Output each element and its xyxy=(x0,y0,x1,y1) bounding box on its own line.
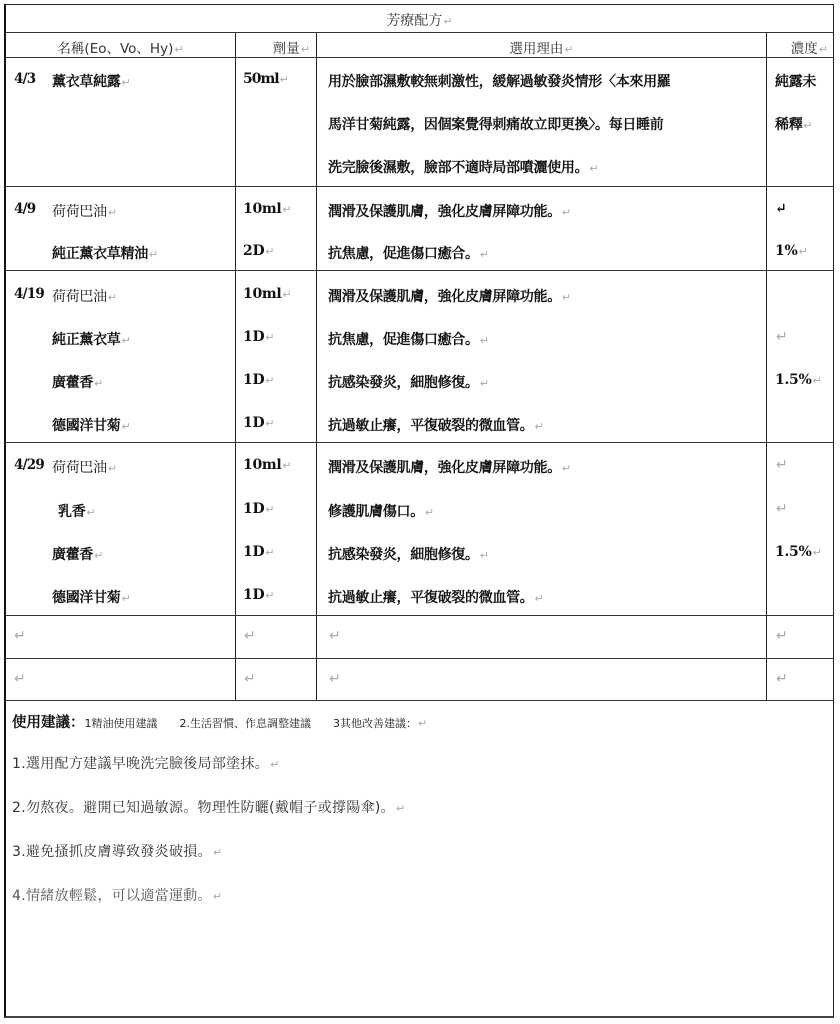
table-header-row: 名稱(Eo、Vo、Hy)↵ 劑量↵ 選用理由↵ 濃度↵ xyxy=(6,33,833,58)
ingredient-name: 純正薰衣草↵ xyxy=(52,329,130,349)
name-cell: 4/9 荷荷巴油↵ 純正薰衣草精油↵ xyxy=(6,187,235,270)
ingredient-name: 薰衣草純露↵ xyxy=(52,71,130,91)
table-row: 4/19 荷荷巴油↵ 純正薰衣草↵ 廣藿香↵ 德國洋甘菊↵ 10ml↵ 1D↵ … xyxy=(6,271,833,443)
paragraph-mark-icon: ↵ xyxy=(564,43,573,56)
dose-value: 50ml↵ xyxy=(243,71,288,87)
dose-cell: 10ml↵ 1D↵ 1D↵ 1D↵ xyxy=(236,443,316,615)
reason-text: 洗完臉後濕敷，臉部不適時局部噴灑使用。↵ xyxy=(328,157,598,177)
dose-cell: 50ml↵ xyxy=(236,58,316,186)
paragraph-mark-icon: ↵ xyxy=(776,628,787,644)
date-label: 4/29 xyxy=(14,457,44,473)
ingredient-name: 廣藿香↵ xyxy=(52,544,103,564)
concentration-cell: ↵ 1%↵ xyxy=(767,187,834,270)
table-row: 4/9 荷荷巴油↵ 純正薰衣草精油↵ 10ml↵ 2D↵ 潤滑及保護肌膚，強化皮… xyxy=(6,187,833,271)
paragraph-mark-icon: ↵ xyxy=(776,501,787,517)
reason-text: 抗過敏止癢，平復破裂的微血管。↵ xyxy=(328,587,543,607)
name-cell: 4/19 荷荷巴油↵ 純正薰衣草↵ 廣藿香↵ 德國洋甘菊↵ xyxy=(6,271,235,442)
paragraph-mark-icon: ↵ xyxy=(174,43,183,56)
ingredient-name: 純正薰衣草精油↵ xyxy=(52,243,158,263)
ingredient-name: 德國洋甘菊↵ xyxy=(52,415,130,435)
dose-value: 10ml↵ xyxy=(243,286,291,302)
dose-value: 1D↵ xyxy=(243,415,274,431)
suggestion-item: 1.選用配方建議早晚洗完臉後局部塗抹。↵ xyxy=(12,753,280,773)
reason-text: 抗過敏止癢，平復破裂的微血管。↵ xyxy=(328,415,543,435)
suggestion-item: 3.避免搔抓皮膚導致發炎破損。↵ xyxy=(12,841,222,861)
date-label: 4/9 xyxy=(14,201,35,217)
date-label: 4/19 xyxy=(14,286,44,302)
ingredient-name: 荷荷巴油↵ xyxy=(52,201,117,221)
dose-value: 10ml↵ xyxy=(243,457,291,473)
dose-value: 1D↵ xyxy=(243,501,274,517)
reason-cell: 用於臉部濕敷較無刺激性，緩解過敏發炎情形〈本來用羅 馬洋甘菊純露，因個案覺得刺痛… xyxy=(317,58,766,186)
usage-suggestions-label: 使用建議： xyxy=(12,714,85,731)
dose-cell: 10ml↵ 2D↵ xyxy=(236,187,316,270)
ingredient-name: 德國洋甘菊↵ xyxy=(52,587,130,607)
paragraph-mark-icon: ↵ xyxy=(776,671,787,687)
concentration-value: 1.5%↵ xyxy=(775,544,821,560)
dose-value: 1D↵ xyxy=(243,329,274,345)
reason-text: 修護肌膚傷口。↵ xyxy=(328,501,434,521)
reason-text: 潤滑及保護肌膚，強化皮膚屏障功能。↵ xyxy=(328,286,571,306)
usage-suggestions-header: 使用建議：1精油使用建議 2.生活習慣、作息調整建議 3其他改善建議：↵ xyxy=(12,711,427,732)
paragraph-mark-icon: ↵ xyxy=(776,329,787,345)
column-header-name: 名稱(Eo、Vo、Hy)↵ xyxy=(6,33,235,57)
paragraph-mark-icon: ↵ xyxy=(244,671,255,687)
ingredient-name: 荷荷巴油↵ xyxy=(52,286,117,306)
reason-text: 用於臉部濕敷較無刺激性，緩解過敏發炎情形〈本來用羅 xyxy=(328,71,671,91)
reason-cell: 潤滑及保護肌膚，強化皮膚屏障功能。↵ 抗焦慮，促進傷口癒合。↵ xyxy=(317,187,766,270)
table-title-row: 芳療配方↵ xyxy=(6,5,833,33)
table-row: 4/29 荷荷巴油↵ 乳香↵ 廣藿香↵ 德國洋甘菊↵ 10ml↵ 1D↵ 1D↵… xyxy=(6,443,833,616)
paragraph-mark-icon: ↵ xyxy=(329,671,340,687)
reason-text: 抗感染發炎，細胞修復。↵ xyxy=(328,544,489,564)
paragraph-mark-icon: ↵ xyxy=(775,201,786,217)
paragraph-mark-icon: ↵ xyxy=(819,43,828,56)
dose-value: 2D↵ xyxy=(243,243,274,259)
reason-text: 抗焦慮，促進傷口癒合。↵ xyxy=(328,329,489,349)
column-header-reason: 選用理由↵ xyxy=(317,33,766,57)
paragraph-mark-icon: ↵ xyxy=(244,628,255,644)
suggestion-item: 4.情緒放輕鬆，可以適當運動。↵ xyxy=(12,885,222,905)
column-header-dose: 劑量↵ xyxy=(236,33,316,57)
ingredient-name: 乳香↵ xyxy=(58,501,95,521)
date-label: 4/3 xyxy=(14,71,35,87)
paragraph-mark-icon: ↵ xyxy=(14,671,25,687)
name-cell: 4/3 薰衣草純露↵ xyxy=(6,58,235,186)
ingredient-name: 荷荷巴油↵ xyxy=(52,457,117,477)
table-title: 芳療配方↵ xyxy=(6,10,833,30)
table-row: 4/3 薰衣草純露↵ 50ml↵ 用於臉部濕敷較無刺激性，緩解過敏發炎情形〈本來… xyxy=(6,58,833,187)
paragraph-mark-icon: ↵ xyxy=(329,628,340,644)
reason-text: 潤滑及保護肌膚，強化皮膚屏障功能。↵ xyxy=(328,457,571,477)
reason-text: 抗感染發炎，細胞修復。↵ xyxy=(328,372,489,392)
name-cell: 4/29 荷荷巴油↵ 乳香↵ 廣藿香↵ 德國洋甘菊↵ xyxy=(6,443,235,615)
empty-table-row: ↵ ↵ ↵ ↵ xyxy=(6,659,833,701)
dose-value: 1D↵ xyxy=(243,372,274,388)
suggestion-item: 2.勿熬夜。避開已知過敏源。物理性防曬(戴帽子或撐陽傘)。↵ xyxy=(12,797,406,817)
concentration-value: 稀釋↵ xyxy=(775,114,812,134)
reason-text: 馬洋甘菊純露，因個案覺得刺痛故立即更換〉。每日睡前 xyxy=(328,114,664,134)
dose-cell: 10ml↵ 1D↵ 1D↵ 1D↵ xyxy=(236,271,316,442)
concentration-value: 純露未 xyxy=(775,71,816,91)
concentration-value: 1%↵ xyxy=(775,243,807,259)
dose-value: 1D↵ xyxy=(243,544,274,560)
reason-cell: 潤滑及保護肌膚，強化皮膚屏障功能。↵ 修護肌膚傷口。↵ 抗感染發炎，細胞修復。↵… xyxy=(317,443,766,615)
column-header-concentration: 濃度↵ xyxy=(767,33,834,57)
aromatherapy-formula-table: 芳療配方↵ 名稱(Eo、Vo、Hy)↵ 劑量↵ 選用理由↵ 濃度↵ 4/3 薰衣… xyxy=(4,4,834,1018)
usage-suggestions-section: 使用建議：1精油使用建議 2.生活習慣、作息調整建議 3其他改善建議：↵ 1.選… xyxy=(6,701,833,1016)
reason-text: 潤滑及保護肌膚，強化皮膚屏障功能。↵ xyxy=(328,201,571,221)
reason-text: 抗焦慮，促進傷口癒合。↵ xyxy=(328,243,489,263)
concentration-cell: ↵ ↵ 1.5%↵ xyxy=(767,443,834,615)
paragraph-mark-icon: ↵ xyxy=(14,628,25,644)
suggestion-categories: 1精油使用建議 2.生活習慣、作息調整建議 3其他改善建議： xyxy=(85,717,418,730)
dose-value: 10ml↵ xyxy=(243,201,291,217)
dose-value: 1D↵ xyxy=(243,587,274,603)
paragraph-mark-icon: ↵ xyxy=(301,43,310,56)
paragraph-mark-icon: ↵ xyxy=(418,717,427,730)
ingredient-name: 廣藿香↵ xyxy=(52,372,103,392)
concentration-cell: ↵ 1.5%↵ xyxy=(767,271,834,442)
paragraph-mark-icon: ↵ xyxy=(776,457,787,473)
concentration-cell: 純露未 稀釋↵ xyxy=(767,58,834,186)
concentration-value: 1.5%↵ xyxy=(775,372,821,388)
empty-table-row: ↵ ↵ ↵ ↵ xyxy=(6,616,833,659)
paragraph-mark-icon: ↵ xyxy=(443,15,452,28)
reason-cell: 潤滑及保護肌膚，強化皮膚屏障功能。↵ 抗焦慮，促進傷口癒合。↵ 抗感染發炎，細胞… xyxy=(317,271,766,442)
